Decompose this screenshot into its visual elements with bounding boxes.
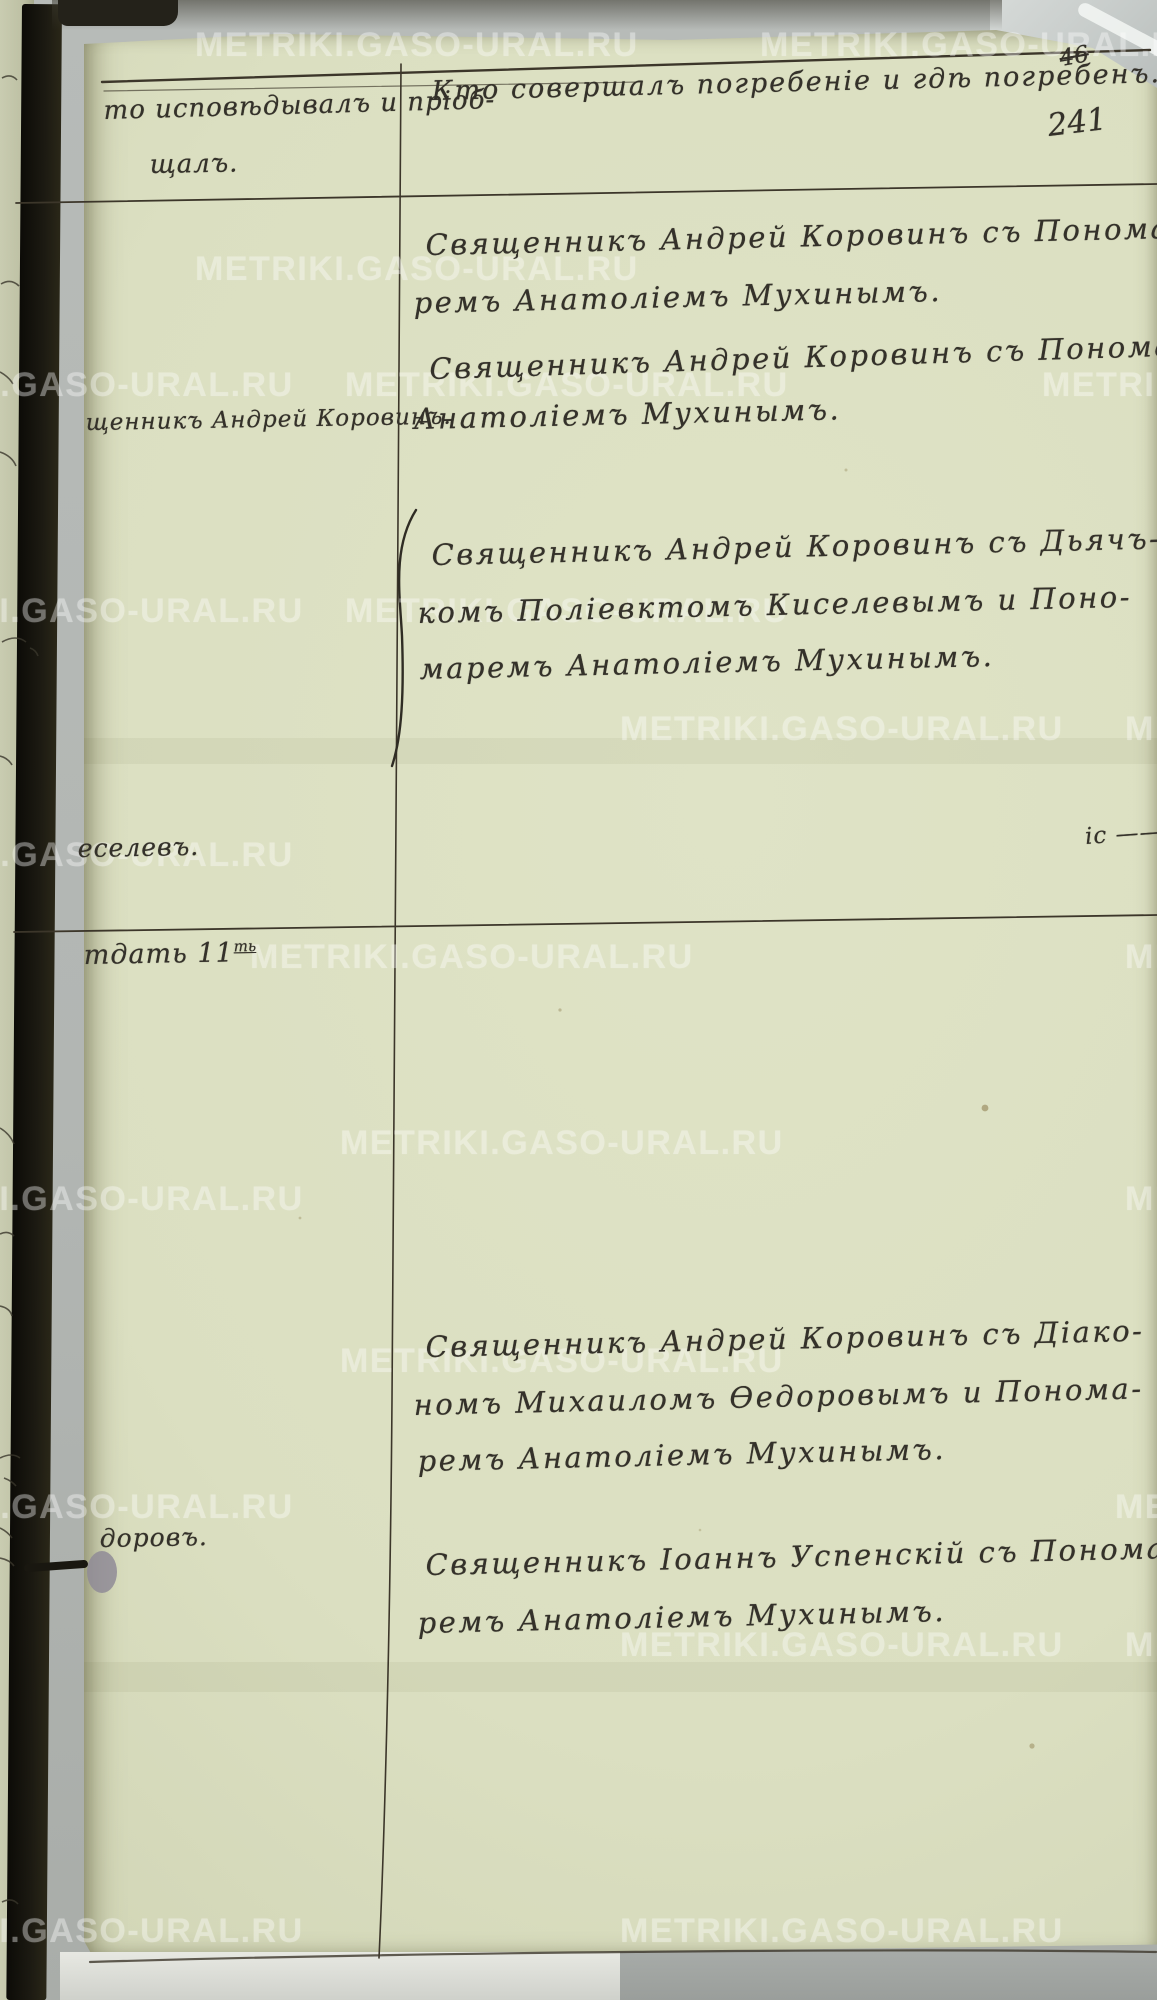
page-top-shadow xyxy=(52,0,1002,30)
scan-shade-band xyxy=(84,738,1157,764)
scan-shade-band xyxy=(84,1662,1157,1692)
left-note-superscript: ть xyxy=(233,937,256,955)
column-header-left-line2: щалъ. xyxy=(149,148,238,180)
scan-backing-bottom xyxy=(620,1952,1157,2000)
left-column-note: доровъ. xyxy=(99,1522,208,1553)
folio-number: 241 xyxy=(1046,101,1109,144)
margin-mark: іс —— xyxy=(1084,819,1157,850)
left-note-text: тдать 11 xyxy=(83,937,234,971)
register-page-scan: METRIKI.GASO-URAL.RUMETRIKI.GASO-URAL.RU… xyxy=(0,0,1157,2000)
binding-shadow xyxy=(58,0,178,26)
left-column-note: еселевъ. xyxy=(77,832,199,863)
left-column-note: тдать 11ть xyxy=(83,937,256,971)
folio-number-old: 46 xyxy=(1057,41,1090,72)
next-page-edge xyxy=(60,1952,620,2000)
